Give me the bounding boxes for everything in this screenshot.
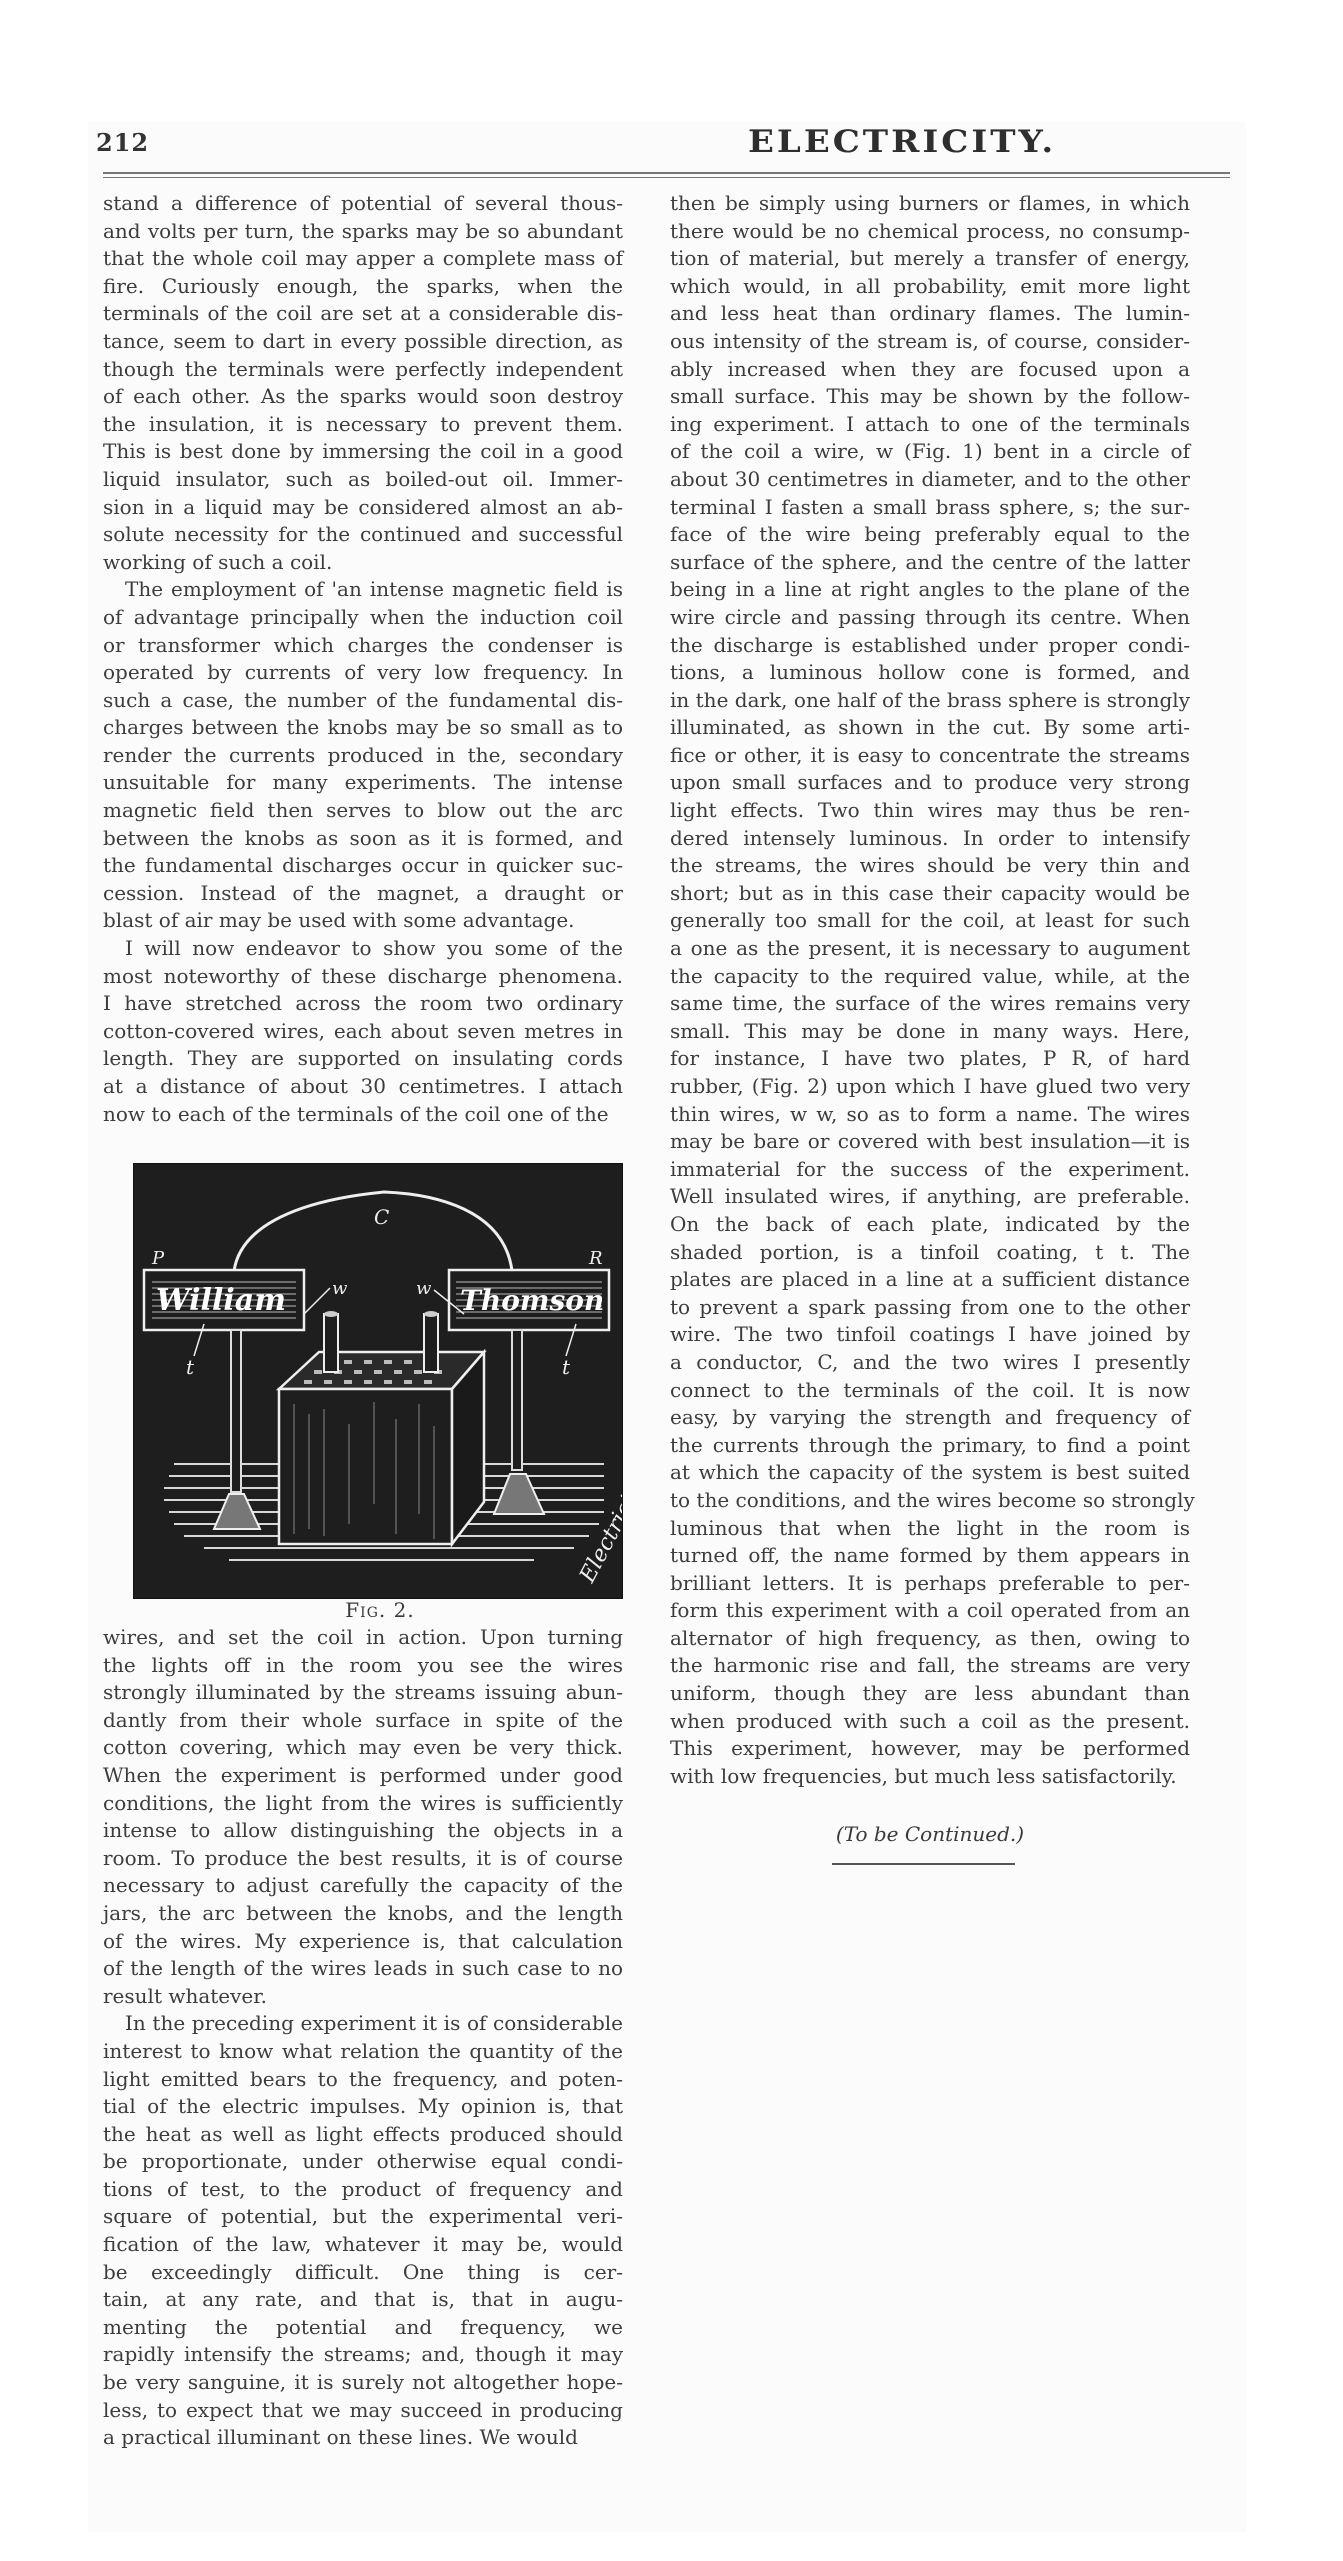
text-line: easy, by varying the strength and freque… (670, 1404, 1190, 1432)
text-line: blast of air may be used with some advan… (103, 907, 623, 935)
text-line: sion in a liquid may be considered almos… (103, 494, 623, 522)
text-line: magnetic field then serves to blow out t… (103, 797, 623, 825)
text-line: necessary to adjust carefully the capaci… (103, 1872, 623, 1900)
text-line: between the knobs as soon as it is forme… (103, 825, 623, 853)
text-line: be proportionate, under otherwise equal … (103, 2148, 623, 2176)
text-line: length. They are supported on insulating… (103, 1045, 623, 1073)
right-column: then be simply using burners or flames, … (670, 190, 1190, 1790)
text-line: result whatever. (103, 1983, 623, 2011)
text-line: short; but as in this case their capacit… (670, 880, 1190, 908)
text-line: shaded portion, is a tinfoil coating, t … (670, 1239, 1190, 1267)
text-line: the currents through the primary, to fin… (670, 1432, 1190, 1460)
label-r: R (588, 1248, 603, 1269)
name-william: William (156, 1283, 286, 1318)
text-line: luminous that when the light in the room… (670, 1515, 1190, 1543)
text-line: uniform, though they are less abundant t… (670, 1680, 1190, 1708)
text-line: a practical illuminant on these lines. W… (103, 2424, 623, 2452)
text-line: for instance, I have two plates, P R, of… (670, 1045, 1190, 1073)
text-line: the fundamental discharges occur in quic… (103, 852, 623, 880)
text-line: wire circle and passing through its cent… (670, 604, 1190, 632)
label-p: P (151, 1248, 165, 1269)
text-line: which would, in all probability, emit mo… (670, 273, 1190, 301)
text-line: charges between the knobs may be so smal… (103, 714, 623, 742)
text-line: conditions, the light from the wires is … (103, 1790, 623, 1818)
label-w-right: w (416, 1278, 432, 1299)
text-line: that the whole coil may apper a complete… (103, 245, 623, 273)
text-line: of advantage principally when the induct… (103, 604, 623, 632)
text-line: of each other. As the sparks would soon … (103, 383, 623, 411)
text-line: there would be no chemical process, no c… (670, 218, 1190, 246)
publication-title: ELECTRICITY. (748, 124, 1056, 161)
text-line: intense to allow distinguishing the obje… (103, 1817, 623, 1845)
text-line: the lights off in the room you see the w… (103, 1652, 623, 1680)
stand-right (512, 1330, 522, 1470)
stand-left (231, 1330, 241, 1492)
text-line: dered intensely luminous. In order to in… (670, 825, 1190, 853)
text-line: thin wires, w w, so as to form a name. T… (670, 1101, 1190, 1129)
text-line: fication of the law, whatever it may be,… (103, 2231, 623, 2259)
text-line: or transformer which charges the condens… (103, 632, 623, 660)
text-line: tance, seem to dart in every possible di… (103, 328, 623, 356)
text-line: such a case, the number of the fundament… (103, 687, 623, 715)
text-line: of the length of the wires leads in such… (103, 1955, 623, 1983)
text-line: tion of material, but merely a transfer … (670, 245, 1190, 273)
text-line: rubber, (Fig. 2) upon which I have glued… (670, 1073, 1190, 1101)
text-line: turned off, the name formed by them appe… (670, 1542, 1190, 1570)
terminal-right (424, 1314, 438, 1372)
text-line: This experiment, however, may be perform… (670, 1735, 1190, 1763)
text-line: I will now endeavor to show you some of … (103, 935, 623, 963)
text-line: small surface. This may be shown by the … (670, 383, 1190, 411)
text-line: jars, the arc between the knobs, and the… (103, 1900, 623, 1928)
text-line: form this experiment with a coil operate… (670, 1597, 1190, 1625)
text-line: with low frequencies, but much less sati… (670, 1763, 1190, 1791)
text-line: the capacity to the required value, whil… (670, 963, 1190, 991)
text-line: now to each of the terminals of the coil… (103, 1101, 623, 1129)
text-line: small. This may be done in many ways. He… (670, 1018, 1190, 1046)
text-line: operated by currents of very low frequen… (103, 659, 623, 687)
text-line: ably increased when they are focused upo… (670, 356, 1190, 384)
text-line: be exceedingly difficult. One thing is c… (103, 2259, 623, 2287)
text-line: When the experiment is performed under g… (103, 1762, 623, 1790)
text-line: then be simply using burners or flames, … (670, 190, 1190, 218)
text-line: menting the potential and frequency, we (103, 2314, 623, 2342)
text-line: less, to expect that we may succeed in p… (103, 2397, 623, 2425)
terminal-left (324, 1314, 338, 1372)
apparatus-drawing: C William P Thomson R w w t t (134, 1164, 622, 1598)
header-rule-bottom (103, 177, 1230, 178)
text-line: illuminated, as shown in the cut. By som… (670, 714, 1190, 742)
text-line: room. To produce the best results, it is… (103, 1845, 623, 1873)
text-line: wires, and set the coil in action. Upon … (103, 1624, 623, 1652)
text-line: plates are placed in a line at a suffici… (670, 1266, 1190, 1294)
text-line: at which the capacity of the system is b… (670, 1459, 1190, 1487)
end-rule (832, 1863, 1015, 1865)
text-line: rapidly intensify the streams; and, thou… (103, 2341, 623, 2369)
text-line: being in a line at right angles to the p… (670, 576, 1190, 604)
text-line: at a distance of about 30 centimetres. I… (103, 1073, 623, 1101)
text-line: working of such a coil. (103, 549, 623, 577)
text-line: of the coil a wire, w (Fig. 1) bent in a… (670, 438, 1190, 466)
left-column-bottom: wires, and set the coil in action. Upon … (103, 1624, 623, 2452)
text-line: In the preceding experiment it is of con… (103, 2010, 623, 2038)
text-line: alternator of high frequency, as then, o… (670, 1625, 1190, 1653)
text-line: render the currents produced in the, sec… (103, 742, 623, 770)
text-line: square of potential, but the experimenta… (103, 2203, 623, 2231)
text-line: same time, the surface of the wires rema… (670, 990, 1190, 1018)
text-line: The employment of 'an intense magnetic f… (103, 576, 623, 604)
text-line: upon small surfaces and to produce very … (670, 769, 1190, 797)
figure-2-illustration: C William P Thomson R w w t t (133, 1163, 623, 1599)
text-line: ing experiment. I attach to one of the t… (670, 411, 1190, 439)
text-line: tions, a luminous hollow cone is formed,… (670, 659, 1190, 687)
page-number: 212 (96, 128, 149, 157)
text-line: though the terminals were perfectly inde… (103, 356, 623, 384)
text-line: be very sanguine, it is surely not altog… (103, 2369, 623, 2397)
text-line: On the back of each plate, indicated by … (670, 1211, 1190, 1239)
to-be-continued-note: (To be Continued.) (670, 1822, 1190, 1846)
text-line: and volts per turn, the sparks may be so… (103, 218, 623, 246)
text-line: ous intensity of the stream is, of cours… (670, 328, 1190, 356)
text-line: This is best done by immersing the coil … (103, 438, 623, 466)
text-line: Well insulated wires, if anything, are p… (670, 1183, 1190, 1211)
text-line: to prevent a spark passing from one to t… (670, 1294, 1190, 1322)
left-column-top: stand a difference of potential of sever… (103, 190, 623, 1128)
text-line: fice or other, it is easy to concentrate… (670, 742, 1190, 770)
text-line: light effects. Two thin wires may thus b… (670, 797, 1190, 825)
text-line: a one as the present, it is necessary to… (670, 935, 1190, 963)
text-line: the discharge is established under prope… (670, 632, 1190, 660)
text-line: immaterial for the success of the experi… (670, 1156, 1190, 1184)
text-line: strongly illuminated by the streams issu… (103, 1679, 623, 1707)
label-t-right: t (562, 1355, 571, 1379)
text-line: terminals of the coil are set at a consi… (103, 300, 623, 328)
text-line: the heat as well as light effects produc… (103, 2121, 623, 2149)
text-line: brilliant letters. It is perhaps prefera… (670, 1570, 1190, 1598)
text-line: the harmonic rise and fall, the streams … (670, 1652, 1190, 1680)
label-w-left: w (332, 1278, 348, 1299)
text-line: unsuitable for many experiments. The int… (103, 769, 623, 797)
text-line: in the dark, one half of the brass spher… (670, 687, 1190, 715)
text-line: to the conditions, and the wires become … (670, 1487, 1190, 1515)
text-line: face of the wire being preferably equal … (670, 521, 1190, 549)
text-line: about 30 centimetres in diameter, and to… (670, 466, 1190, 494)
text-line: stand a difference of potential of sever… (103, 190, 623, 218)
text-line: the insulation, it is necessary to preve… (103, 411, 623, 439)
text-line: tain, at any rate, and that is, that in … (103, 2286, 623, 2314)
label-t-left: t (186, 1355, 195, 1379)
label-c: C (374, 1205, 389, 1229)
figure-caption: Fig. 2. (240, 1598, 520, 1622)
text-line: connect to the terminals of the coil. It… (670, 1377, 1190, 1405)
text-line: cotton-covered wires, each about seven m… (103, 1018, 623, 1046)
coil-box-front (279, 1389, 452, 1544)
text-line: tions of test, to the product of frequen… (103, 2176, 623, 2204)
text-line: solute necessity for the continued and s… (103, 521, 623, 549)
text-line: liquid insulator, such as boiled-out oil… (103, 466, 623, 494)
text-line: I have stretched across the room two ord… (103, 990, 623, 1018)
text-line: and less heat than ordinary flames. The … (670, 300, 1190, 328)
text-line: generally too small for the coil, at lea… (670, 907, 1190, 935)
text-line: a conductor, C, and the two wires I pres… (670, 1349, 1190, 1377)
text-line: fire. Curiously enough, the sparks, when… (103, 273, 623, 301)
text-line: of the wires. My experience is, that cal… (103, 1928, 623, 1956)
text-line: when produced with such a coil as the pr… (670, 1708, 1190, 1736)
name-thomson: Thomson (460, 1284, 604, 1317)
text-line: interest to know what relation the quant… (103, 2038, 623, 2066)
text-line: surface of the sphere, and the centre of… (670, 549, 1190, 577)
text-line: cotton covering, which may even be very … (103, 1734, 623, 1762)
text-line: dantly from their whole surface in spite… (103, 1707, 623, 1735)
text-line: the streams, the wires should be very th… (670, 852, 1190, 880)
header-rule-top (103, 172, 1230, 174)
text-line: tial of the electric impulses. My opinio… (103, 2093, 623, 2121)
text-line: wire. The two tinfoil coatings I have jo… (670, 1321, 1190, 1349)
text-line: terminal I fasten a small brass sphere, … (670, 494, 1190, 522)
text-line: light emitted bears to the frequency, an… (103, 2066, 623, 2094)
text-line: may be bare or covered with best insulat… (670, 1128, 1190, 1156)
text-line: most noteworthy of these discharge pheno… (103, 963, 623, 991)
text-line: cession. Instead of the magnet, a draugh… (103, 880, 623, 908)
